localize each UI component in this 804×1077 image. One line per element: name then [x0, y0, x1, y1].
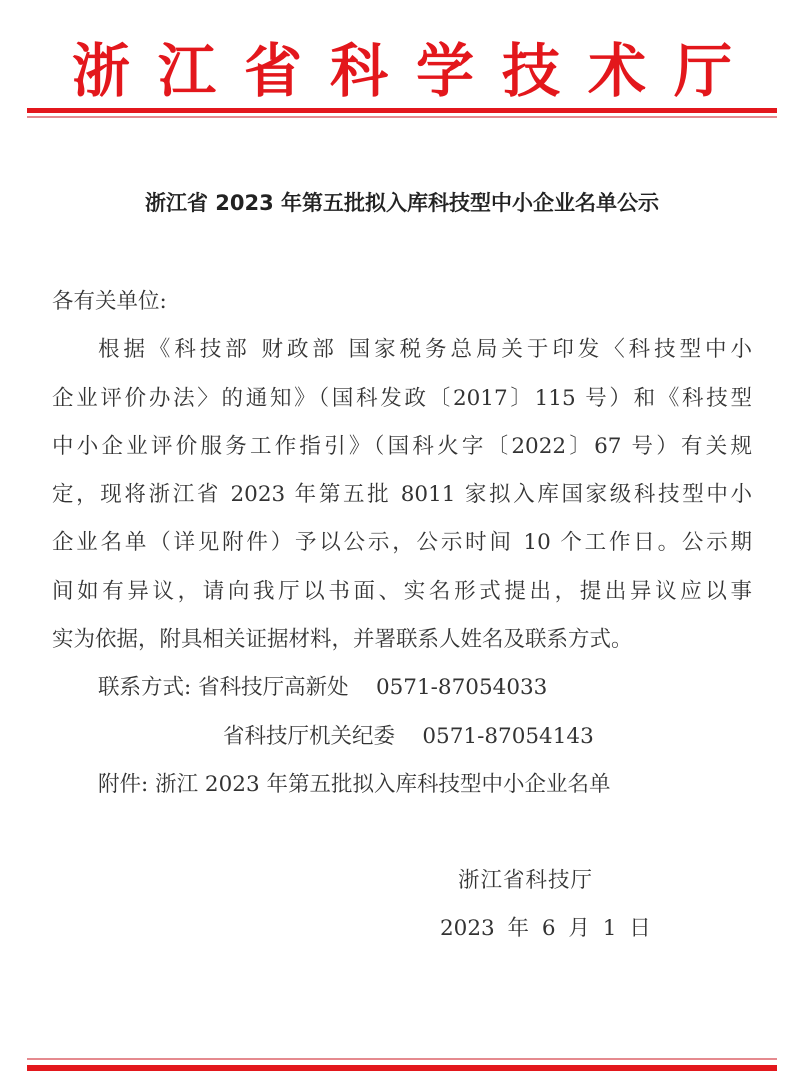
- attachment-label: 附件:: [98, 772, 148, 797]
- contact-dept: 省科技厅机关纪委: [223, 724, 395, 749]
- body-line: 间如有异议，请向我厅以书面、实名形式提出，提出异议应以事: [52, 568, 752, 616]
- contact-phone: 0571-87054143: [422, 724, 593, 749]
- body-line: 根据《科技部 财政部 国家税务总局关于印发〈科技型中小: [52, 326, 752, 374]
- body-line: 实为依据，附具相关证据材料，并署联系人姓名及联系方式。: [52, 616, 752, 664]
- header-rule-thin: [27, 116, 777, 118]
- body-line: 中小企业评价服务工作指引》（国科火字〔2022〕67 号）有关规: [52, 423, 752, 471]
- signature-org: 浙江省科技厅: [458, 863, 593, 894]
- header-rule-thick: [27, 108, 777, 113]
- document-title: 浙江省 2023 年第五批拟入库科技型中小企业名单公示: [0, 188, 804, 218]
- signature-date: 2023 年 6 月 1 日: [440, 911, 651, 942]
- document-body: 各有关单位: 根据《科技部 财政部 国家税务总局关于印发〈科技型中小 企业评价办…: [52, 278, 752, 809]
- footer-rule-thin: [27, 1058, 777, 1060]
- body-line: 企业评价办法〉的通知》（国科发政〔2017〕115 号）和《科技型: [52, 375, 752, 423]
- body-line: 定，现将浙江省 2023 年第五批 8011 家拟入库国家级科技型中小: [52, 471, 752, 519]
- contact-phone: 0571-87054033: [376, 675, 547, 700]
- body-line: 企业名单（详见附件）予以公示，公示时间 10 个工作日。公示期: [52, 519, 752, 567]
- contact-line: 省科技厅机关纪委 0571-87054143: [52, 713, 752, 761]
- attachment-line: 附件: 浙江 2023 年第五批拟入库科技型中小企业名单: [52, 761, 752, 809]
- footer-rule-thick: [27, 1065, 777, 1071]
- salutation: 各有关单位:: [52, 278, 752, 326]
- contact-line: 联系方式: 省科技厅高新处 0571-87054033: [52, 664, 752, 712]
- contact-dept: 省科技厅高新处: [198, 675, 349, 700]
- attachment-text: 浙江 2023 年第五批拟入库科技型中小企业名单: [155, 772, 610, 797]
- contact-label: 联系方式:: [98, 675, 191, 700]
- org-masthead: 浙江省科学技术厅: [0, 38, 804, 104]
